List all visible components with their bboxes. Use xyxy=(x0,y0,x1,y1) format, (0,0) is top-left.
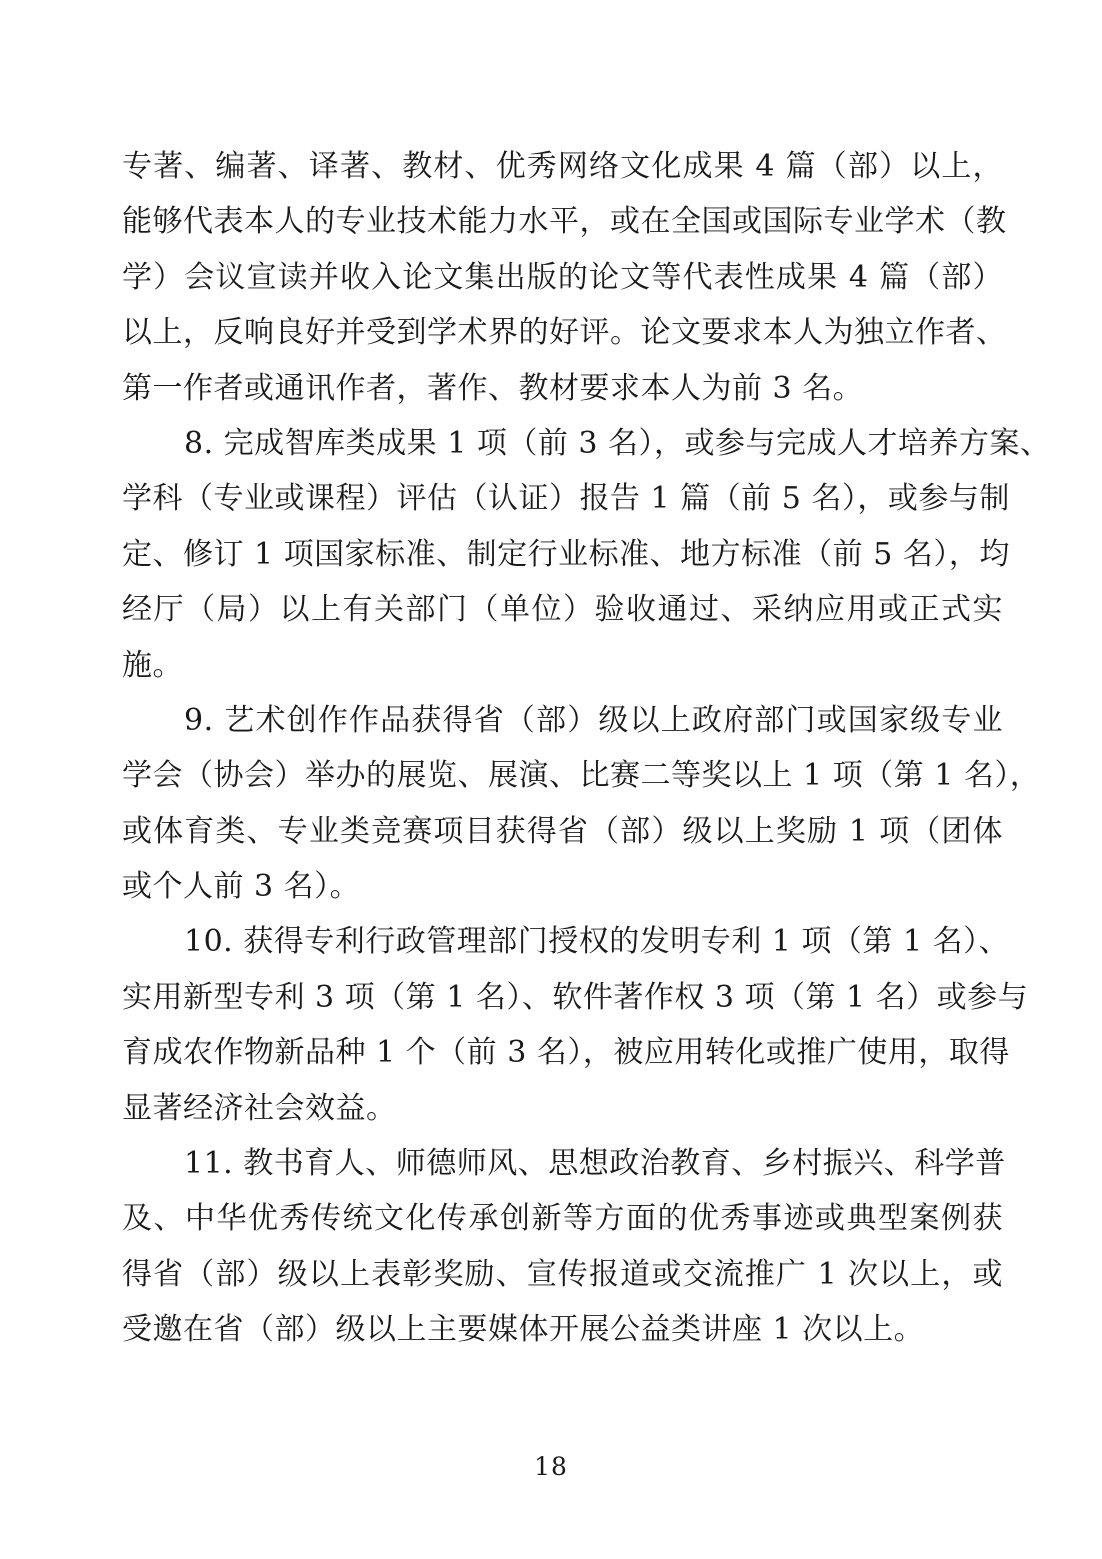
text-line: 或个人前 3 名）。 xyxy=(122,859,1003,914)
text-line: 11. 教书育人、师德师风、思想政治教育、乡村振兴、科学普 xyxy=(122,1136,1003,1191)
text-line: 定、修订 1 项国家标准、制定行业标准、地方标准（前 5 名），均 xyxy=(122,527,1003,582)
text-line: 10. 获得专利行政管理部门授权的发明专利 1 项（第 1 名）、 xyxy=(122,914,1003,969)
text-line: 专著、编著、译著、教材、优秀网络文化成果 4 篇（部）以上， xyxy=(122,139,1003,194)
paragraph: 8. 完成智库类成果 1 项（前 3 名），或参与完成人才培养方案、学科（专业或… xyxy=(122,416,1003,693)
text-line: 以上，反响良好并受到学术界的好评。论文要求本人为独立作者、 xyxy=(122,305,1003,360)
text-line: 施。 xyxy=(122,638,1003,693)
text-line: 学）会议宣读并收入论文集出版的论文等代表性成果 4 篇（部） xyxy=(122,250,1003,305)
paragraph: 专著、编著、译著、教材、优秀网络文化成果 4 篇（部）以上，能够代表本人的专业技… xyxy=(122,139,1003,416)
text-line: 学科（专业或课程）评估（认证）报告 1 篇（前 5 名），或参与制 xyxy=(122,471,1003,526)
text-line: 受邀在省（部）级以上主要媒体开展公益类讲座 1 次以上。 xyxy=(122,1302,1003,1357)
text-line: 经厅（局）以上有关部门（单位）验收通过、采纳应用或正式实 xyxy=(122,582,1003,637)
text-line: 第一作者或通讯作者，著作、教材要求本人为前 3 名。 xyxy=(122,361,1003,416)
text-line: 显著经济社会效益。 xyxy=(122,1081,1003,1136)
paragraph: 10. 获得专利行政管理部门授权的发明专利 1 项（第 1 名）、实用新型专利 … xyxy=(122,914,1003,1136)
text-line: 能够代表本人的专业技术能力水平，或在全国或国际专业学术（教 xyxy=(122,194,1003,249)
text-line: 9. 艺术创作作品获得省（部）级以上政府部门或国家级专业 xyxy=(122,693,1003,748)
page-number: 18 xyxy=(534,1452,568,1481)
text-line: 8. 完成智库类成果 1 项（前 3 名），或参与完成人才培养方案、 xyxy=(122,416,1003,471)
text-line: 实用新型专利 3 项（第 1 名）、软件著作权 3 项（第 1 名）或参与 xyxy=(122,970,1003,1025)
document-page: 专著、编著、译著、教材、优秀网络文化成果 4 篇（部）以上，能够代表本人的专业技… xyxy=(0,0,1102,1559)
text-line: 或体育类、专业类竞赛项目获得省（部）级以上奖励 1 项（团体 xyxy=(122,804,1003,859)
page-footer: 18 xyxy=(0,1452,1102,1481)
text-line: 学会（协会）举办的展览、展演、比赛二等奖以上 1 项（第 1 名）， xyxy=(122,748,1003,803)
text-line: 得省（部）级以上表彰奖励、宣传报道或交流推广 1 次以上，或 xyxy=(122,1247,1003,1302)
text-line: 及、中华优秀传统文化传承创新等方面的优秀事迹或典型案例获 xyxy=(122,1191,1003,1246)
text-line: 育成农作物新品种 1 个（前 3 名），被应用转化或推广使用，取得 xyxy=(122,1025,1003,1080)
paragraph: 9. 艺术创作作品获得省（部）级以上政府部门或国家级专业学会（协会）举办的展览、… xyxy=(122,693,1003,915)
document-body: 专著、编著、译著、教材、优秀网络文化成果 4 篇（部）以上，能够代表本人的专业技… xyxy=(122,139,1003,1358)
paragraph: 11. 教书育人、师德师风、思想政治教育、乡村振兴、科学普及、中华优秀传统文化传… xyxy=(122,1136,1003,1358)
